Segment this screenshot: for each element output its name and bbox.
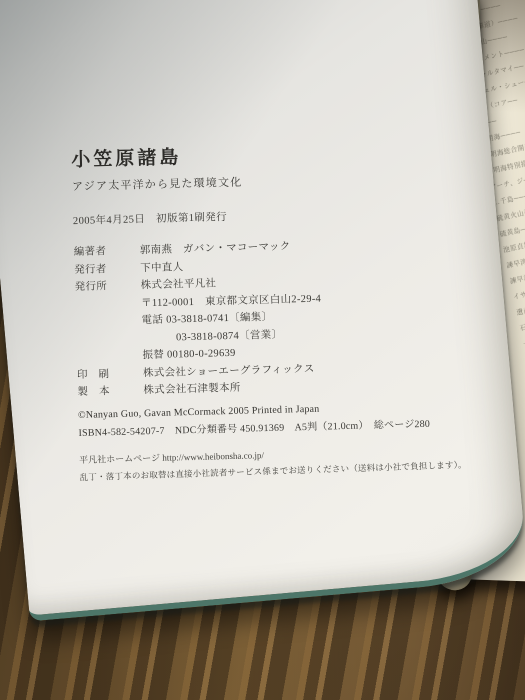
- publication-info-rows: 編著者 郭南燕 ガバン・マコーマック 発行者 下中直人 発行所 株式会社平凡社 …: [74, 234, 470, 402]
- row-label: 印 刷: [77, 365, 143, 384]
- edition-date: 2005年4月25日 初版第1刷発行: [73, 204, 465, 229]
- row-value: 株式会社平凡社: [140, 275, 216, 294]
- colophon-page: 小笠原諸島 アジア太平洋から見た環境文化 2005年4月25日 初版第1刷発行 …: [0, 0, 525, 621]
- row-value: 株式会社石津製本所: [143, 380, 241, 400]
- row-label: [76, 330, 142, 349]
- book-colophon-photo: チセット────山（歩車道）────経環謝山────アセスメント────ンシャル…: [0, 0, 525, 700]
- row-value: 03-3818-0874〔営業〕: [142, 326, 283, 347]
- row-label: 製 本: [77, 382, 143, 401]
- row-label: 発行所: [74, 277, 140, 296]
- row-label: [76, 347, 142, 366]
- row-value: 下中直人: [140, 259, 184, 278]
- row-label: [75, 312, 141, 331]
- row-label: 編著者: [74, 242, 140, 261]
- book-subtitle: アジア太平洋から見た環境文化: [72, 170, 464, 194]
- row-label: 発行者: [74, 260, 140, 279]
- colophon-text-block: 小笠原諸島 アジア太平洋から見た環境文化 2005年4月25日 初版第1刷発行 …: [71, 140, 472, 483]
- row-label: [75, 295, 141, 314]
- book-title: 小笠原諸島: [71, 140, 463, 172]
